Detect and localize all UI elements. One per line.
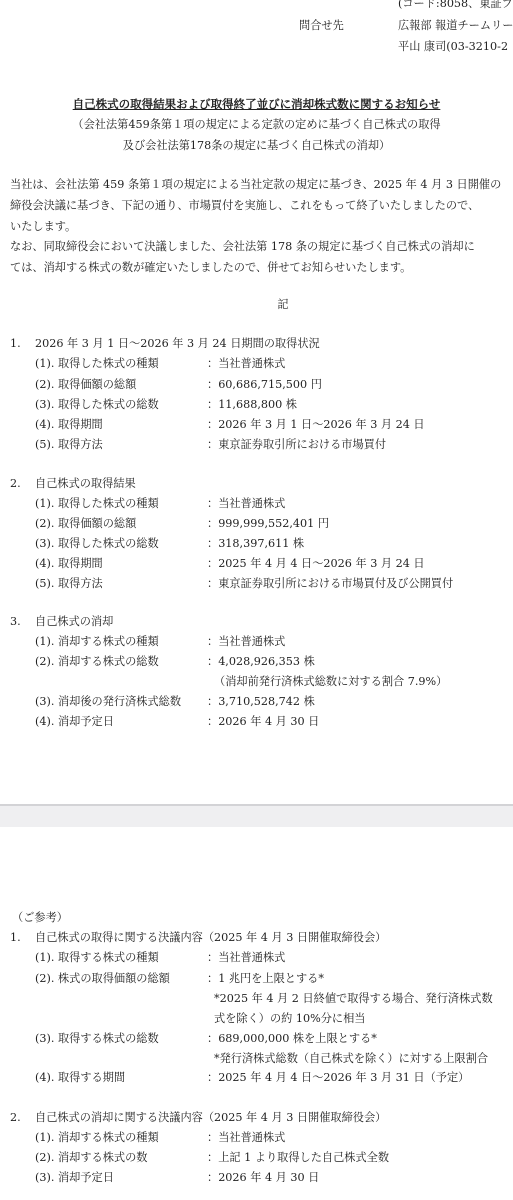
item-label: (5). 取得方法 (35, 438, 103, 452)
item-label: (2). 株式の取得価額の総額 (35, 972, 170, 986)
item-label: (4). 取得期間 (35, 557, 103, 571)
item-value: ：上記 1 より取得した自己株式全数 (207, 1151, 389, 1165)
item-note: *発行済株式総数（自己株式を除く）に対する上限割合 (214, 1052, 488, 1066)
ki-marker: 記 (0, 298, 513, 312)
section-heading: 自己株式の取得に関する決議内容（2025 年 4 月 3 日開催取締役会） (35, 931, 386, 945)
item-label: (3). 消却後の発行済株式総数 (35, 695, 181, 709)
item-label: (2). 取得価額の総額 (35, 517, 136, 531)
item-value: ：2025 年 4 月 4 日～2026 年 3 月 24 日 (207, 557, 425, 571)
item-value: ：4,028,926,353 株 (207, 655, 315, 669)
section-number: 2. (10, 1111, 21, 1125)
body-paragraph-line: いたします。 (10, 220, 76, 234)
item-note: （消却前発行済株式総数に対する割合 7.9%） (214, 675, 447, 689)
item-value: ：当社普通株式 (207, 635, 285, 649)
item-label: (1). 取得した株式の種類 (35, 497, 159, 511)
item-note: *2025 年 4 月 2 日終値で取得する場合、発行済株式数 (214, 992, 493, 1006)
stock-code-line: (コード:8058、東証プ (398, 0, 513, 11)
section-heading: 自己株式の消却に関する決議内容（2025 年 4 月 3 日開催取締役会） (35, 1111, 386, 1125)
section-number: 3. (10, 615, 21, 629)
section-number: 1. (10, 337, 21, 351)
item-label: (3). 取得した株式の総数 (35, 537, 159, 551)
document-title: 自己株式の取得結果および取得終了並びに消却株式数に関するお知らせ (0, 97, 513, 111)
item-value: ：11,688,800 株 (207, 398, 297, 412)
item-label: (1). 消却する株式の種類 (35, 635, 159, 649)
item-value: ：2025 年 4 月 4 日～2026 年 3 月 31 日（予定） (207, 1071, 469, 1085)
item-label: (2). 消却する株式の数 (35, 1151, 147, 1165)
item-label: (4). 消却予定日 (35, 715, 114, 729)
body-paragraph-line: 締役会決議に基づき、下記の通り、市場買付を実施し、これをもって終了いたしましたの… (10, 199, 479, 213)
section-heading: 自己株式の取得結果 (35, 477, 136, 491)
item-value: ：60,686,715,500 円 (207, 378, 322, 392)
item-label: (1). 取得した株式の種類 (35, 357, 159, 371)
item-value: ：999,999,552,401 円 (207, 517, 329, 531)
reference-label: （ご参考） (12, 911, 68, 925)
document-page-2: （ご参考） 1. 自己株式の取得に関する決議内容（2025 年 4 月 3 日開… (0, 827, 513, 1200)
item-value: ：当社普通株式 (207, 497, 285, 511)
contact-label: 問合せ先 (299, 19, 344, 33)
item-label: (4). 取得する期間 (35, 1071, 125, 1085)
item-value: ：2026 年 4 月 30 日 (207, 715, 319, 729)
item-value: ：当社普通株式 (207, 1131, 285, 1145)
body-paragraph-line: なお、同取締役会において決議しました、会社法第 178 条の規定に基づく自己株式… (10, 240, 475, 254)
body-paragraph-line: 当社は、会社法第 459 条第１項の規定による当社定款の規定に基づき、2025 … (10, 178, 501, 192)
item-note: 式を除く）の約 10%分に相当 (214, 1012, 366, 1026)
item-value: ：3,710,528,742 株 (207, 695, 315, 709)
item-label: (3). 取得する株式の総数 (35, 1032, 159, 1046)
item-value: ：2026 年 4 月 30 日 (207, 1171, 319, 1185)
item-value: ：689,000,000 株を上限とする* (207, 1032, 377, 1046)
item-label: (1). 取得する株式の種類 (35, 951, 159, 965)
section-number: 1. (10, 931, 21, 945)
item-label: (3). 消却予定日 (35, 1171, 114, 1185)
item-label: (2). 消却する株式の総数 (35, 655, 159, 669)
page-break (0, 804, 513, 827)
item-value: ：1 兆円を上限とする* (207, 972, 324, 986)
document-page-1: (コード:8058、東証プ 問合せ先 広報部 報道チームリー 平山 康司(03-… (0, 0, 513, 804)
item-value: ：2026 年 3 月 1 日～2026 年 3 月 24 日 (207, 418, 425, 432)
item-label: (2). 取得価額の総額 (35, 378, 136, 392)
section-number: 2. (10, 477, 21, 491)
item-label: (5). 取得方法 (35, 577, 103, 591)
section-heading: 自己株式の消却 (35, 615, 113, 629)
item-value: ：東京証券取引所における市場買付 (207, 438, 386, 452)
item-value: ：318,397,611 株 (207, 537, 304, 551)
contact-person: 平山 康司(03-3210-2 (398, 40, 508, 54)
item-value: ：東京証券取引所における市場買付及び公開買付 (207, 577, 453, 591)
document-subtitle-line2: 及び会社法第178条の規定に基づく自己株式の消却） (0, 139, 513, 153)
item-label: (4). 取得期間 (35, 418, 103, 432)
item-label: (3). 取得した株式の総数 (35, 398, 159, 412)
contact-department: 広報部 報道チームリー (398, 19, 513, 33)
section-heading: 2026 年 3 月 1 日～2026 年 3 月 24 日期間の取得状況 (35, 337, 320, 351)
item-value: ：当社普通株式 (207, 357, 285, 371)
item-label: (1). 消却する株式の種類 (35, 1131, 159, 1145)
item-value: ：当社普通株式 (207, 951, 285, 965)
body-paragraph-line: ては、消却する株式の数が確定いたしましたので、併せてお知らせいたします。 (10, 261, 411, 275)
document-subtitle-line1: （会社法第459条第１項の規定による定款の定めに基づく自己株式の取得 (0, 118, 513, 132)
